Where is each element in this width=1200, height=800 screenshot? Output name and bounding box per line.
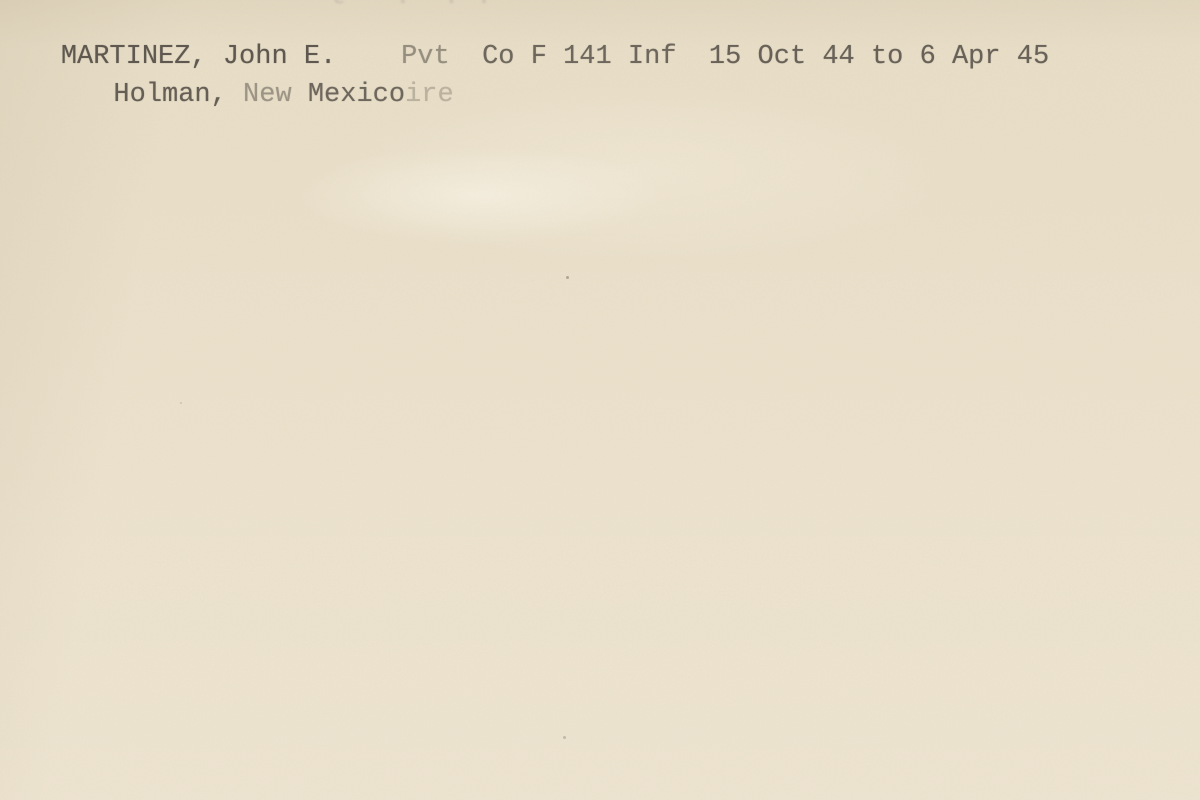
typed-text-faded-overtype: ire bbox=[405, 80, 454, 110]
paper-speck bbox=[563, 736, 566, 739]
paper-speck bbox=[180, 402, 182, 404]
ghost-typing-marks: t . . . bbox=[330, 0, 492, 12]
typed-text-town: Holman, bbox=[65, 80, 227, 110]
typed-line-hometown: Holman, New Mexicoire bbox=[0, 50, 454, 140]
typed-text-unit: Co F 141 Inf bbox=[450, 42, 677, 72]
typed-text-dates: 15 Oct 44 to 6 Apr 45 bbox=[677, 42, 1050, 72]
typed-text-state-word1: New bbox=[227, 80, 292, 110]
paper-speck bbox=[566, 276, 569, 279]
typed-text-state-word2: Mexico bbox=[292, 80, 405, 110]
index-card: t . . . MARTINEZ, John E. Pvt Co F 141 I… bbox=[0, 0, 1200, 800]
